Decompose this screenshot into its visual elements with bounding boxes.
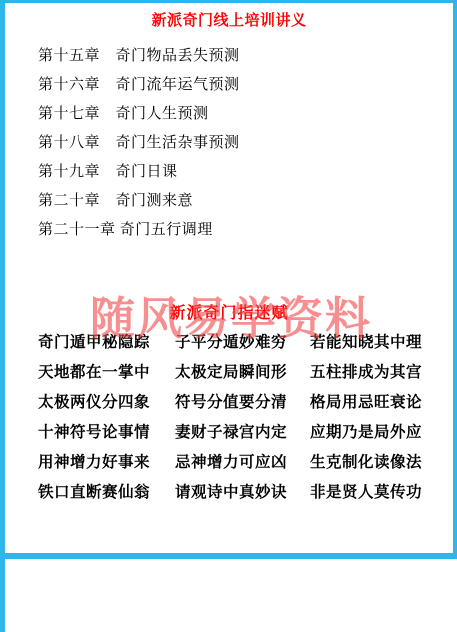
verse-cell: 太极两仪分四象 (38, 388, 175, 418)
verse-cell: 用神增力好事来 (38, 448, 175, 478)
verse-row: 用神增力好事来 忌神增力可应凶 生克制化读像法 (38, 448, 438, 478)
verse-cell: 太极定局瞬间形 (175, 358, 310, 388)
document-title: 新派奇门线上培训讲义 (5, 9, 453, 30)
chapter-item-15: 第十五章 奇门物品丢失预测 (38, 42, 453, 71)
page-frame: 新派奇门线上培训讲义 第十五章 奇门物品丢失预测 第十六章 奇门流年运气预测 第… (0, 0, 457, 559)
chapter-item-16: 第十六章 奇门流年运气预测 (38, 71, 453, 100)
verse-cell: 十神符号论事情 (38, 418, 175, 448)
verse-cell: 生克制化读像法 (310, 448, 438, 478)
chapter-item-19: 第十九章 奇门日课 (38, 158, 453, 187)
verse-cell: 符号分值要分清 (175, 388, 310, 418)
verse-grid: 奇门遁甲秘隐踪 子平分遁妙难穷 若能知晓其中理 天地都在一掌中 太极定局瞬间形 … (38, 328, 438, 508)
verse-cell: 格局用忌旺衰论 (310, 388, 438, 418)
verse-cell: 妻财子禄宫内定 (175, 418, 310, 448)
chapter-item-18: 第十八章 奇门生活杂事预测 (38, 129, 453, 158)
section-heading: 新派奇门指迷赋 (5, 300, 453, 323)
verse-cell: 应期乃是局外应 (310, 418, 438, 448)
verse-row: 铁口直断赛仙翁 请观诗中真妙诀 非是贤人莫传功 (38, 478, 438, 508)
chapter-list: 第十五章 奇门物品丢失预测 第十六章 奇门流年运气预测 第十七章 奇门人生预测 … (38, 42, 453, 245)
verse-cell: 奇门遁甲秘隐踪 (38, 328, 175, 358)
verse-cell: 请观诗中真妙诀 (175, 478, 310, 508)
verse-cell: 五柱排成为其宫 (310, 358, 438, 388)
verse-cell: 非是贤人莫传功 (310, 478, 438, 508)
left-border-strip (0, 559, 5, 632)
verse-cell: 铁口直断赛仙翁 (38, 478, 175, 508)
verse-row: 太极两仪分四象 符号分值要分清 格局用忌旺衰论 (38, 388, 438, 418)
verse-row: 十神符号论事情 妻财子禄宫内定 应期乃是局外应 (38, 418, 438, 448)
verse-cell: 天地都在一掌中 (38, 358, 175, 388)
verse-cell: 子平分遁妙难穷 (175, 328, 310, 358)
chapter-item-17: 第十七章 奇门人生预测 (38, 100, 453, 129)
verse-cell: 若能知晓其中理 (310, 328, 438, 358)
verse-cell: 忌神增力可应凶 (175, 448, 310, 478)
chapter-item-21: 第二十一章 奇门五行调理 (38, 216, 453, 245)
chapter-item-20: 第二十章 奇门测来意 (38, 187, 453, 216)
verse-row: 天地都在一掌中 太极定局瞬间形 五柱排成为其宫 (38, 358, 438, 388)
verse-row: 奇门遁甲秘隐踪 子平分遁妙难穷 若能知晓其中理 (38, 328, 438, 358)
